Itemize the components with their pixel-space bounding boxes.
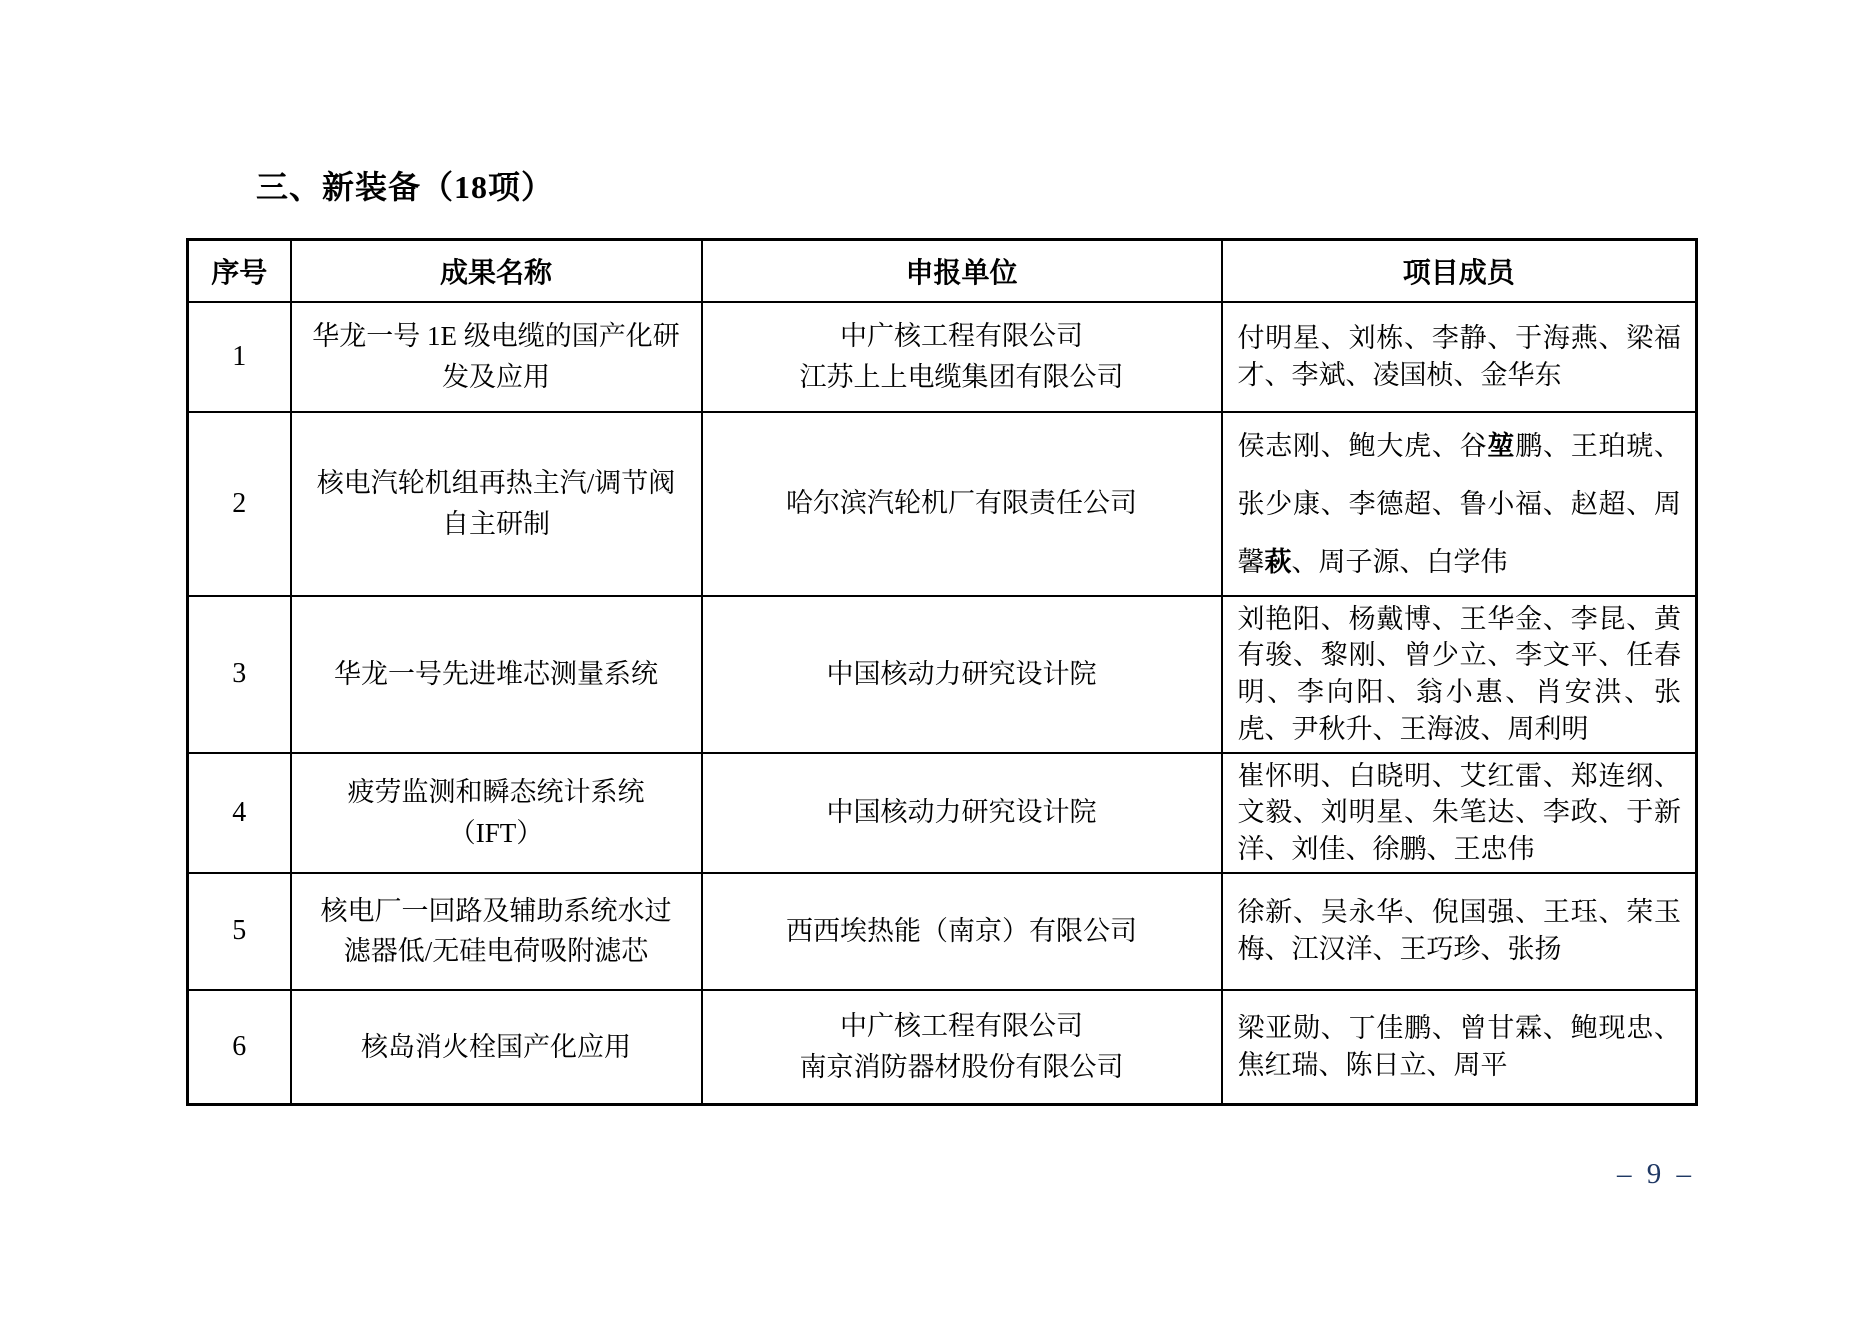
applicant-unit-line: 中国核动力研究设计院	[713, 792, 1211, 833]
applicant-unit: 中国核动力研究设计院	[702, 753, 1222, 873]
row-index: 3	[188, 596, 291, 753]
section-heading: 三、新装备（18项）	[256, 162, 554, 208]
project-members: 徐新、吴永华、倪国强、王珏、荣玉梅、江汉洋、王巧珍、张扬	[1222, 873, 1697, 990]
applicant-unit-line: 哈尔滨汽轮机厂有限责任公司	[713, 483, 1211, 524]
row-index: 2	[188, 412, 291, 596]
page-number: – 9 –	[1617, 1158, 1695, 1191]
table-row: 4 疲劳监测和瞬态统计系统（IFT） 中国核动力研究设计院 崔怀明、白晓明、艾红…	[188, 753, 1697, 873]
applicant-unit-line: 南京消防器材股份有限公司	[713, 1047, 1211, 1088]
table-row: 6 核岛消火栓国产化应用 中广核工程有限公司南京消防器材股份有限公司 梁亚勋、丁…	[188, 990, 1697, 1105]
column-header-index: 序号	[188, 240, 291, 302]
table-row: 1 华龙一号 1E 级电缆的国产化研发及应用 中广核工程有限公司江苏上上电缆集团…	[188, 302, 1697, 412]
applicant-unit-line: 江苏上上电缆集团有限公司	[713, 357, 1211, 398]
applicant-unit: 中广核工程有限公司南京消防器材股份有限公司	[702, 990, 1222, 1105]
applicant-unit: 西西埃热能（南京）有限公司	[702, 873, 1222, 990]
row-index: 6	[188, 990, 291, 1105]
applicant-unit: 中广核工程有限公司江苏上上电缆集团有限公司	[702, 302, 1222, 412]
applicant-unit-line: 中广核工程有限公司	[713, 1006, 1211, 1047]
applicant-unit: 中国核动力研究设计院	[702, 596, 1222, 753]
applicant-unit-line: 中广核工程有限公司	[713, 316, 1211, 357]
applicant-unit-line: 中国核动力研究设计院	[713, 654, 1211, 695]
table-header: 序号 成果名称 申报单位 项目成员	[188, 240, 1697, 302]
table-row: 3 华龙一号先进堆芯测量系统 中国核动力研究设计院 刘艳阳、杨戴博、王华金、李昆…	[188, 596, 1697, 753]
project-members: 刘艳阳、杨戴博、王华金、李昆、黄有骏、黎刚、曾少立、李文平、任春明、李向阳、翁小…	[1222, 596, 1697, 753]
column-header-name: 成果名称	[291, 240, 702, 302]
achievement-name: 华龙一号先进堆芯测量系统	[291, 596, 702, 753]
achievement-name: 核岛消火栓国产化应用	[291, 990, 702, 1105]
project-members: 付明星、刘栋、李静、于海燕、梁福才、李斌、凌国桢、金华东	[1222, 302, 1697, 412]
project-members: 梁亚勋、丁佳鹏、曾甘霖、鲍现忠、焦红瑞、陈日立、周平	[1222, 990, 1697, 1105]
achievement-name: 华龙一号 1E 级电缆的国产化研发及应用	[291, 302, 702, 412]
achievement-name: 疲劳监测和瞬态统计系统（IFT）	[291, 753, 702, 873]
table-header-row: 序号 成果名称 申报单位 项目成员	[188, 240, 1697, 302]
table-row: 2 核电汽轮机组再热主汽/调节阀自主研制 哈尔滨汽轮机厂有限责任公司 侯志刚、鲍…	[188, 412, 1697, 596]
achievement-name: 核电厂一回路及辅助系统水过滤器低/无硅电荷吸附滤芯	[291, 873, 702, 990]
project-members: 崔怀明、白晓明、艾红雷、郑连纲、文毅、刘明星、朱笔达、李政、于新洋、刘佳、徐鹏、…	[1222, 753, 1697, 873]
table-row: 5 核电厂一回路及辅助系统水过滤器低/无硅电荷吸附滤芯 西西埃热能（南京）有限公…	[188, 873, 1697, 990]
document-page: { "page": { "heading": "三、新装备（18项）", "pa…	[0, 0, 1871, 1323]
achievement-name: 核电汽轮机组再热主汽/调节阀自主研制	[291, 412, 702, 596]
applicant-unit-line: 西西埃热能（南京）有限公司	[713, 911, 1211, 952]
row-index: 5	[188, 873, 291, 990]
column-header-members: 项目成员	[1222, 240, 1697, 302]
column-header-unit: 申报单位	[702, 240, 1222, 302]
applicant-unit: 哈尔滨汽轮机厂有限责任公司	[702, 412, 1222, 596]
results-table-body: 1 华龙一号 1E 级电缆的国产化研发及应用 中广核工程有限公司江苏上上电缆集团…	[188, 302, 1697, 1105]
project-members: 侯志刚、鲍大虎、谷堃鹏、王珀琥、张少康、李德超、鲁小福、赵超、周馨萩、周子源、白…	[1222, 412, 1697, 596]
row-index: 4	[188, 753, 291, 873]
row-index: 1	[188, 302, 291, 412]
results-table: 序号 成果名称 申报单位 项目成员 1 华龙一号 1E 级电缆的国产化研发及应用…	[186, 238, 1698, 1106]
